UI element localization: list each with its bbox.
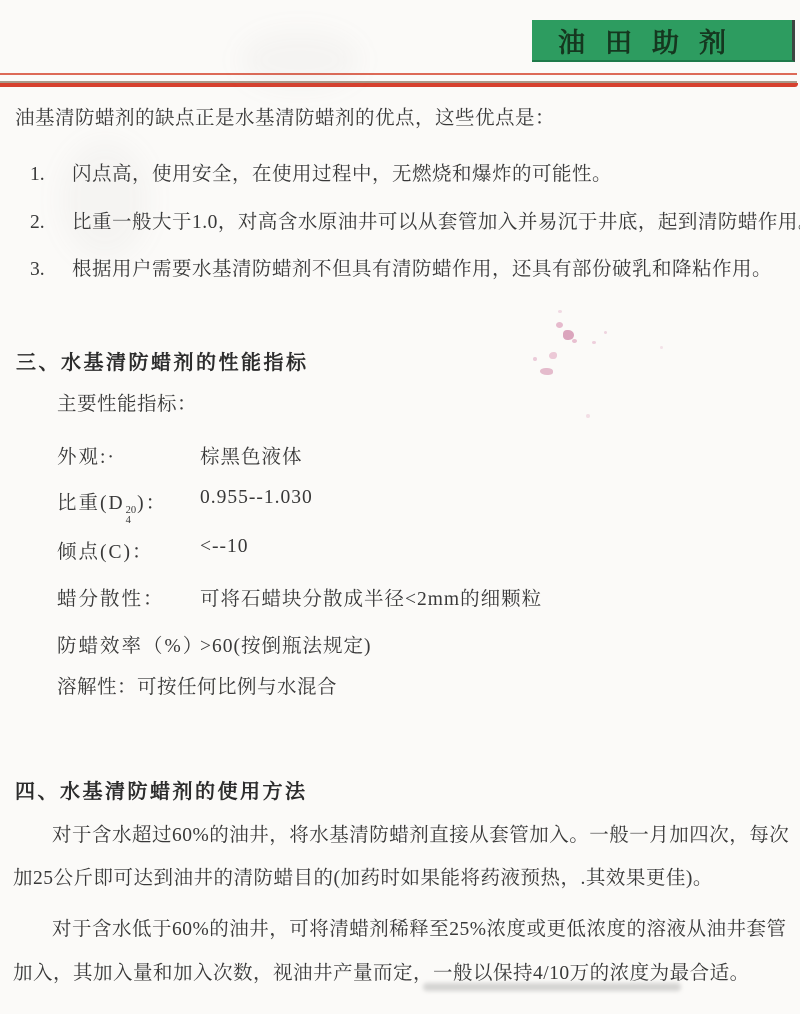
ink-stain [604,331,607,334]
spec-row-wax-dispersion: 蜡分散性： 可将石蜡块分散成半径<2mm的细颗粒 [57,583,800,609]
ink-stain [586,414,590,418]
ink-stain [660,346,663,349]
ink-stain [572,339,577,343]
scan-blotch [240,30,360,90]
intro-line: 油基清防蜡剂的缺点正是水基清防蜡剂的优点，这些优点是： [15,108,555,130]
item-number: 2. [30,212,72,234]
usage-paragraph-2-line-2: 加入，其加入量和加入次数，视油井产量而定，一般以保持4/10万的浓度为最合适。 [13,963,750,985]
spec-label: 防蜡效率（%） [57,630,204,658]
page-header-title: 油田助剂 [558,21,746,60]
spec-label: 蜡分散性： [57,583,165,611]
spec-value: 可将石蜡块分散成半径<2mm的细颗粒 [200,583,542,611]
header-rule-top [0,73,797,75]
ink-stain [540,368,553,375]
ink-stain [558,310,562,313]
section-3-subtitle: 主要性能指标： [57,394,197,416]
scan-smudge [423,983,681,991]
header-band: 油田助剂 [532,20,795,62]
spec-label-pre: 比重(D [57,493,125,514]
spec-row-wax-prevention-rate: 防蜡效率（%） >60(按倒瓶法规定) [57,630,800,656]
item-text: 闪点高，使用安全，在使用过程中，无燃烧和爆炸的可能性。 [72,164,612,185]
advantage-item-3: 3.根据用户需要水基清防蜡剂不但具有清防蜡作用，还具有部份破乳和降粘作用。 [30,253,772,281]
scanned-document-page: 油田助剂 油基清防蜡剂的缺点正是水基清防蜡剂的优点，这些优点是： 1.闪点高，使… [0,0,800,1014]
spec-label-post: )： [137,493,167,514]
ink-stain [533,357,537,361]
ink-stain [592,341,596,344]
usage-paragraph-1-line-1: 对于含水超过60%的油井，将水基清防蜡剂直接从套管加入。一般一月加四次，每次 [52,825,789,847]
subscript: 4 [126,516,131,526]
section-3-title: 三、水基清防蜡剂的性能指标 [16,346,309,375]
advantage-item-1: 1.闪点高，使用安全，在使用过程中，无燃烧和爆炸的可能性。 [30,158,612,186]
usage-paragraph-1-line-2: 加25公斤即可达到油井的清防蜡目的(加药时如果能将药液预热，.其效果更佳)。 [13,868,713,890]
item-number: 3. [30,259,72,281]
spec-label: 倾点(C)： [57,536,154,564]
advantage-item-2: 2.比重一般大于1.0，对高含水原油井可以从套管加入并易沉于井底，起到清防蜡作用… [30,206,800,234]
item-text: 根据用户需要水基清防蜡剂不但具有清防蜡作用，还具有部份破乳和降粘作用。 [72,259,772,280]
spec-value: <--10 [200,536,249,558]
supsub-notation: 204 [126,506,137,525]
item-text: 比重一般大于1.0，对高含水原油井可以从套管加入并易沉于井底，起到清防蜡作用。 [72,212,800,233]
spec-solubility-line: 溶解性：可按任何比例与水混合 [57,677,337,699]
usage-paragraph-2-line-1: 对于含水低于60%的油井，可将清蜡剂稀释至25%浓度或更低浓度的溶液从油井套管 [52,919,787,941]
spec-row-specific-gravity: 比重(D204)： 0.955--1.030 [57,487,800,513]
section-4-title: 四、水基清防蜡剂的使用方法 [15,775,308,804]
spec-value: 0.955--1.030 [200,487,313,509]
ink-stain [556,322,563,328]
ink-stain [549,352,557,359]
spec-row-appearance: 外观:· 棕黑色液体 [57,441,800,467]
spec-row-pour-point: 倾点(C)： <--10 [57,536,800,562]
spec-value: 棕黑色液体 [200,441,303,469]
spec-label: 比重(D204)： [57,487,167,525]
header-rule-bottom [0,83,798,87]
spec-value: >60(按倒瓶法规定) [200,630,372,658]
item-number: 1. [30,164,72,186]
spec-label: 外观:· [57,441,116,469]
